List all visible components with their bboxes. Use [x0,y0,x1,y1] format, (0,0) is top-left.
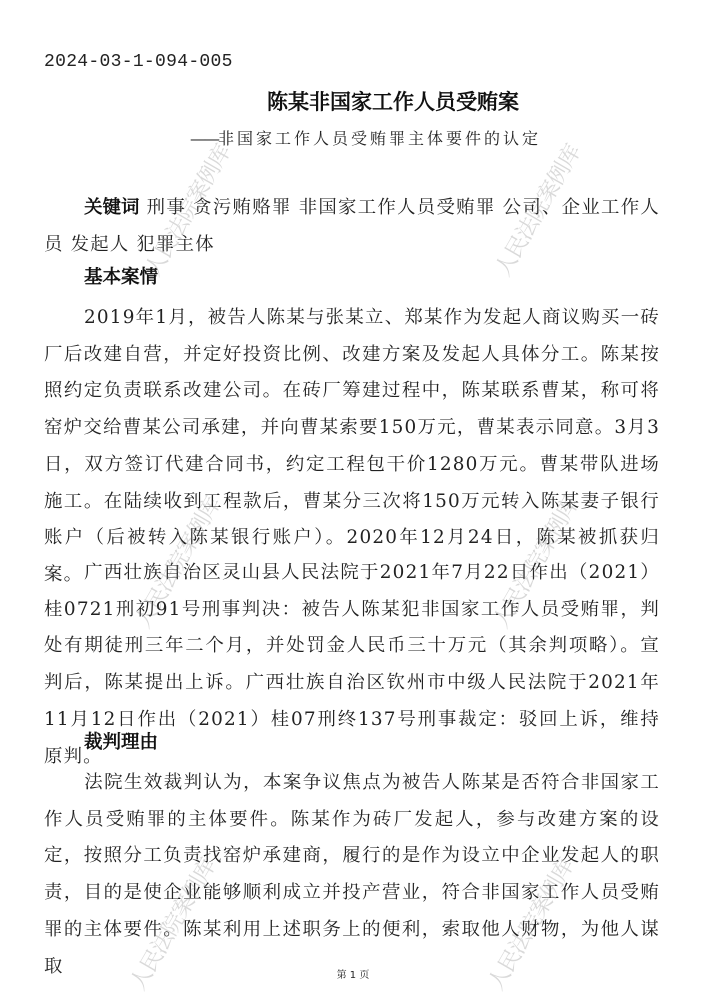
paragraph-text: 法院生效裁判认为，本案争议焦点为被告人陈某是否符合非国家工作人员受贿罪的主体要件… [44,772,660,977]
section-heading-basic-facts: 基本案情 [84,263,158,289]
paragraph-facts: 2019年1月，被告人陈某与张某立、郑某作为发起人商议购买一砖厂后改建自营，并定… [44,300,660,594]
section-heading-reasoning: 裁判理由 [84,728,158,754]
document-page: 2024-03-1-094-005 陈某非国家工作人员受贿案 ——非国家工作人员… [0,0,706,999]
keywords-paragraph: 关键词 刑事 贪污贿赂罪 非国家工作人员受贿罪 公司、企业工作人员 发起人 犯罪… [44,190,660,263]
keywords-label: 关键词 [84,197,140,218]
page-number: 第 1 页 [0,966,706,981]
paragraph-reasoning: 法院生效裁判认为，本案争议焦点为被告人陈某是否符合非国家工作人员受贿罪的主体要件… [44,765,660,985]
case-id: 2024-03-1-094-005 [44,52,233,72]
subtitle-text: 非国家工作人员受贿罪主体要件的认定 [218,129,541,148]
document-subtitle: ——非国家工作人员受贿罪主体要件的认定 [190,126,541,149]
paragraph-text: 2019年1月，被告人陈某与张某立、郑某作为发起人商议购买一砖厂后改建自营，并定… [44,307,660,585]
document-title: 陈某非国家工作人员受贿案 [0,86,706,116]
subtitle-dash: —— [190,129,218,148]
